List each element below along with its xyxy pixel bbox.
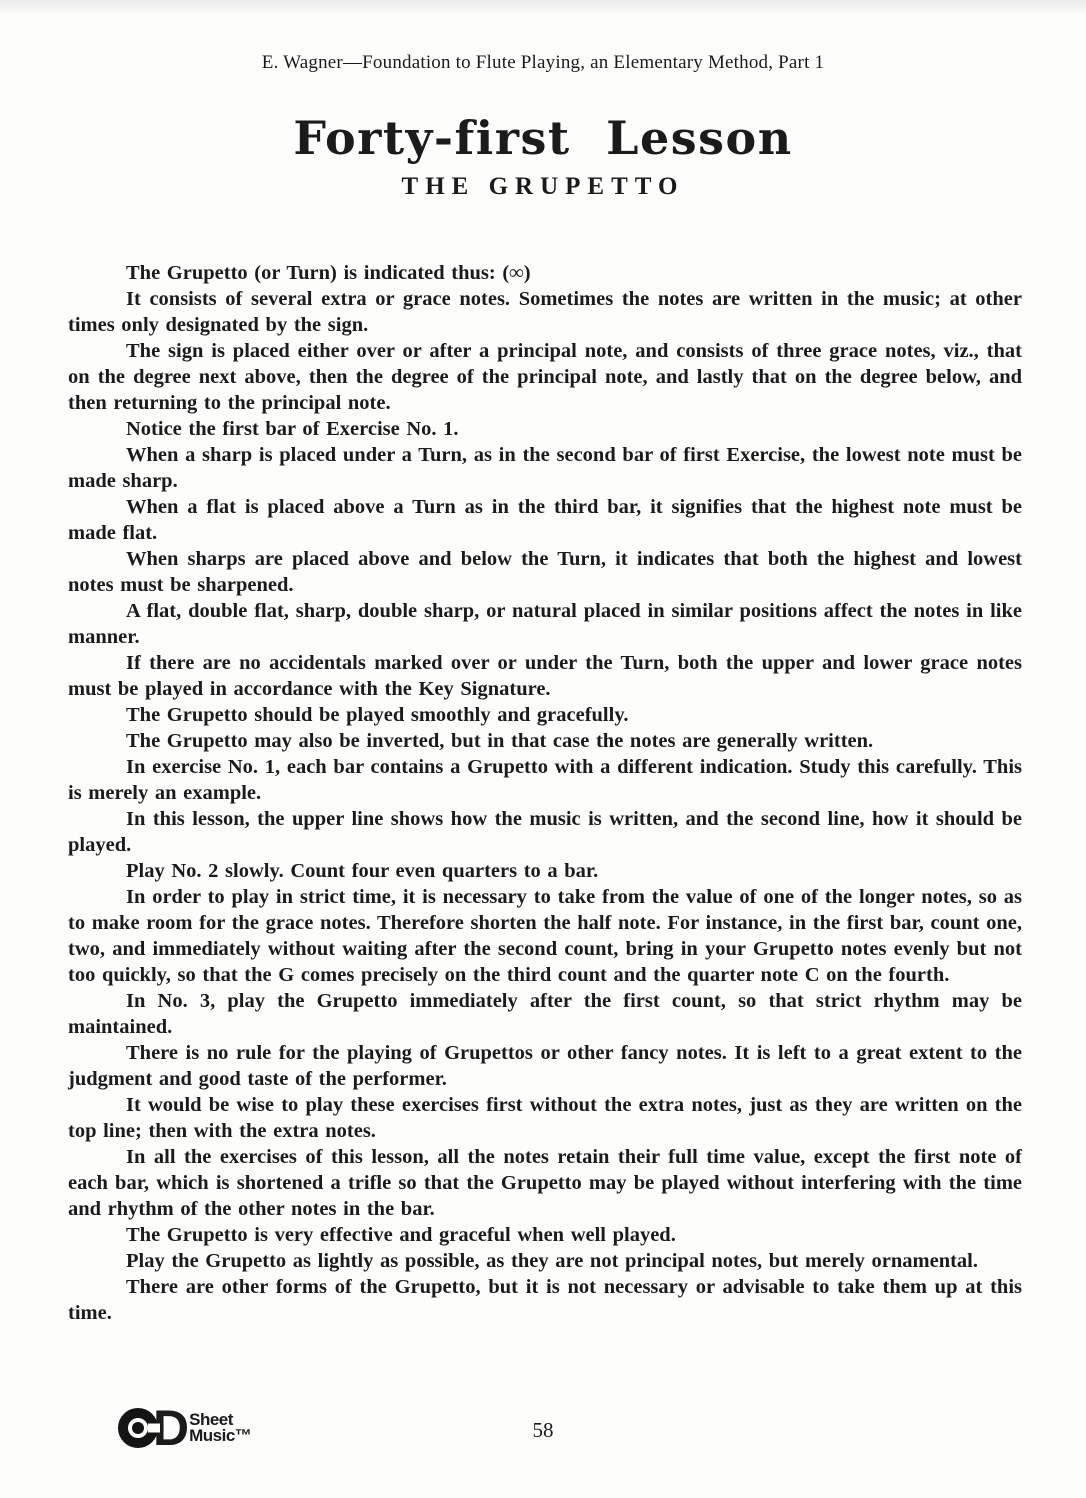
paragraph: It consists of several extra or grace no…	[68, 286, 1022, 338]
scan-edge-artifact	[0, 0, 1086, 16]
page-subtitle: THE GRUPETTO	[0, 173, 1086, 201]
paragraph: It would be wise to play these exercises…	[68, 1092, 1022, 1144]
paragraph: If there are no accidentals marked over …	[68, 650, 1022, 702]
paragraph: Play the Grupetto as lightly as possible…	[68, 1248, 1022, 1274]
paragraph: Play No. 2 slowly. Count four even quart…	[68, 858, 1022, 884]
paragraph: Notice the first bar of Exercise No. 1.	[68, 416, 1022, 442]
paragraph: When a sharp is placed under a Turn, as …	[68, 442, 1022, 494]
page-number: 58	[0, 1418, 1086, 1443]
paragraph: The Grupetto may also be inverted, but i…	[68, 728, 1022, 754]
paragraph: In No. 3, play the Grupetto immediately …	[68, 988, 1022, 1040]
paragraph: There are other forms of the Grupetto, b…	[68, 1274, 1022, 1326]
paragraph: When sharps are placed above and below t…	[68, 546, 1022, 598]
paragraph: The Grupetto should be played smoothly a…	[68, 702, 1022, 728]
paragraph: The Grupetto (or Turn) is indicated thus…	[68, 260, 1022, 286]
paragraph: When a flat is placed above a Turn as in…	[68, 494, 1022, 546]
lesson-text: The Grupetto (or Turn) is indicated thus…	[68, 260, 1022, 1326]
running-head: E. Wagner—Foundation to Flute Playing, a…	[0, 52, 1086, 74]
page-title: Forty-first Lesson	[0, 111, 1086, 165]
paragraph: The sign is placed either over or after …	[68, 338, 1022, 416]
book-page: E. Wagner—Foundation to Flute Playing, a…	[0, 0, 1086, 1498]
paragraph: A flat, double flat, sharp, double sharp…	[68, 598, 1022, 650]
paragraph: There is no rule for the playing of Grup…	[68, 1040, 1022, 1092]
paragraph: In exercise No. 1, each bar contains a G…	[68, 754, 1022, 806]
paragraph: In all the exercises of this lesson, all…	[68, 1144, 1022, 1222]
paragraph: In this lesson, the upper line shows how…	[68, 806, 1022, 858]
paragraph: In order to play in strict time, it is n…	[68, 884, 1022, 988]
paragraph: The Grupetto is very effective and grace…	[68, 1222, 1022, 1248]
